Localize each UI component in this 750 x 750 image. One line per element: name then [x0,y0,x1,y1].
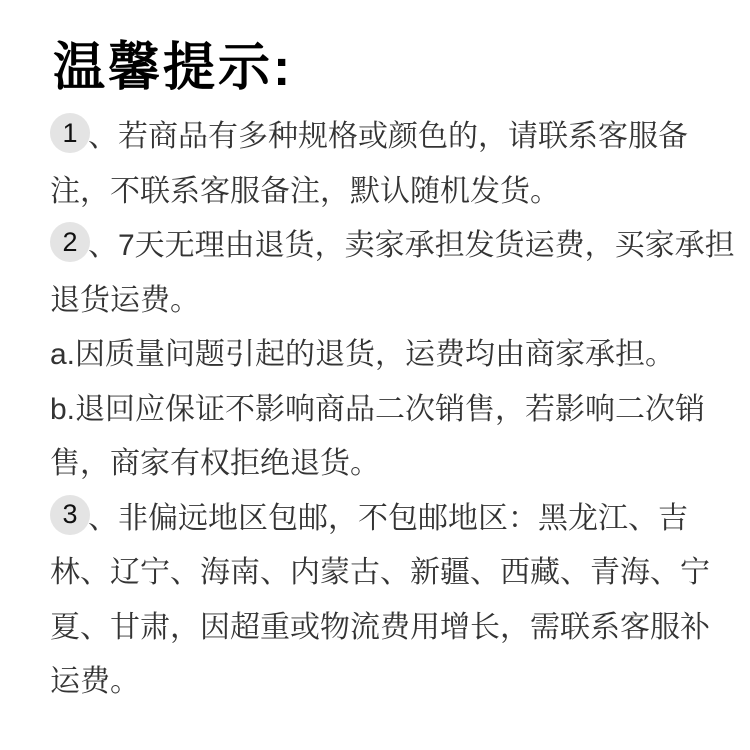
notice-text: 注，不联系客服备注，默认随机发货。 [50,166,560,210]
enumeration-comma: 、 [88,493,118,537]
notice-line: 夏、甘肃，因超重或物流费用增长，需联系客服补 [50,597,710,652]
notice-line: 林、辽宁、海南、内蒙古、新疆、西藏、青海、宁 [50,542,710,597]
notice-text: 退货运费。 [50,275,200,319]
notice-line: 售，商家有权拒绝退货。 [50,433,710,488]
notice-text: 夏、甘肃，因超重或物流费用增长，需联系客服补 [50,602,710,646]
notice-text: 非偏远地区包邮，不包邮地区：黑龙江、吉 [118,493,688,537]
item-number-badge: 1 [50,113,90,153]
notice-line: 注，不联系客服备注，默认随机发货。 [50,161,710,216]
notice-line: b.退回应保证不影响商品二次销售，若影响二次销 [50,379,710,434]
notice-text: 运费。 [50,656,140,700]
notice-text: 7天无理由退货，卖家承担发货运费，买家承担 [118,220,735,264]
notice-line: 1 、 若商品有多种规格或颜色的，请联系客服备 [50,106,710,161]
notice-content: 1 、 若商品有多种规格或颜色的，请联系客服备 注，不联系客服备注，默认随机发货… [50,106,710,706]
item-number-badge: 2 [50,222,90,262]
notice-line: a.因质量问题引起的退货，运费均由商家承担。 [50,324,710,379]
notice-text: a.因质量问题引起的退货，运费均由商家承担。 [50,329,675,373]
notice-text: b.退回应保证不影响商品二次销售，若影响二次销 [50,384,705,428]
notice-sheet: 温馨提示: 1 、 若商品有多种规格或颜色的，请联系客服备 注，不联系客服备注，… [0,0,750,750]
notice-text: 若商品有多种规格或颜色的，请联系客服备 [118,111,688,155]
notice-text: 售，商家有权拒绝退货。 [50,438,380,482]
enumeration-comma: 、 [88,111,118,155]
notice-line: 2 、 7天无理由退货，卖家承担发货运费，买家承担 [50,215,710,270]
notice-text: 林、辽宁、海南、内蒙古、新疆、西藏、青海、宁 [50,547,710,591]
page-title: 温馨提示: [53,40,293,96]
notice-line: 3 、 非偏远地区包邮，不包邮地区：黑龙江、吉 [50,488,710,543]
notice-line: 退货运费。 [50,270,710,325]
notice-line: 运费。 [50,651,710,706]
enumeration-comma: 、 [88,220,118,264]
item-number-badge: 3 [50,495,90,535]
